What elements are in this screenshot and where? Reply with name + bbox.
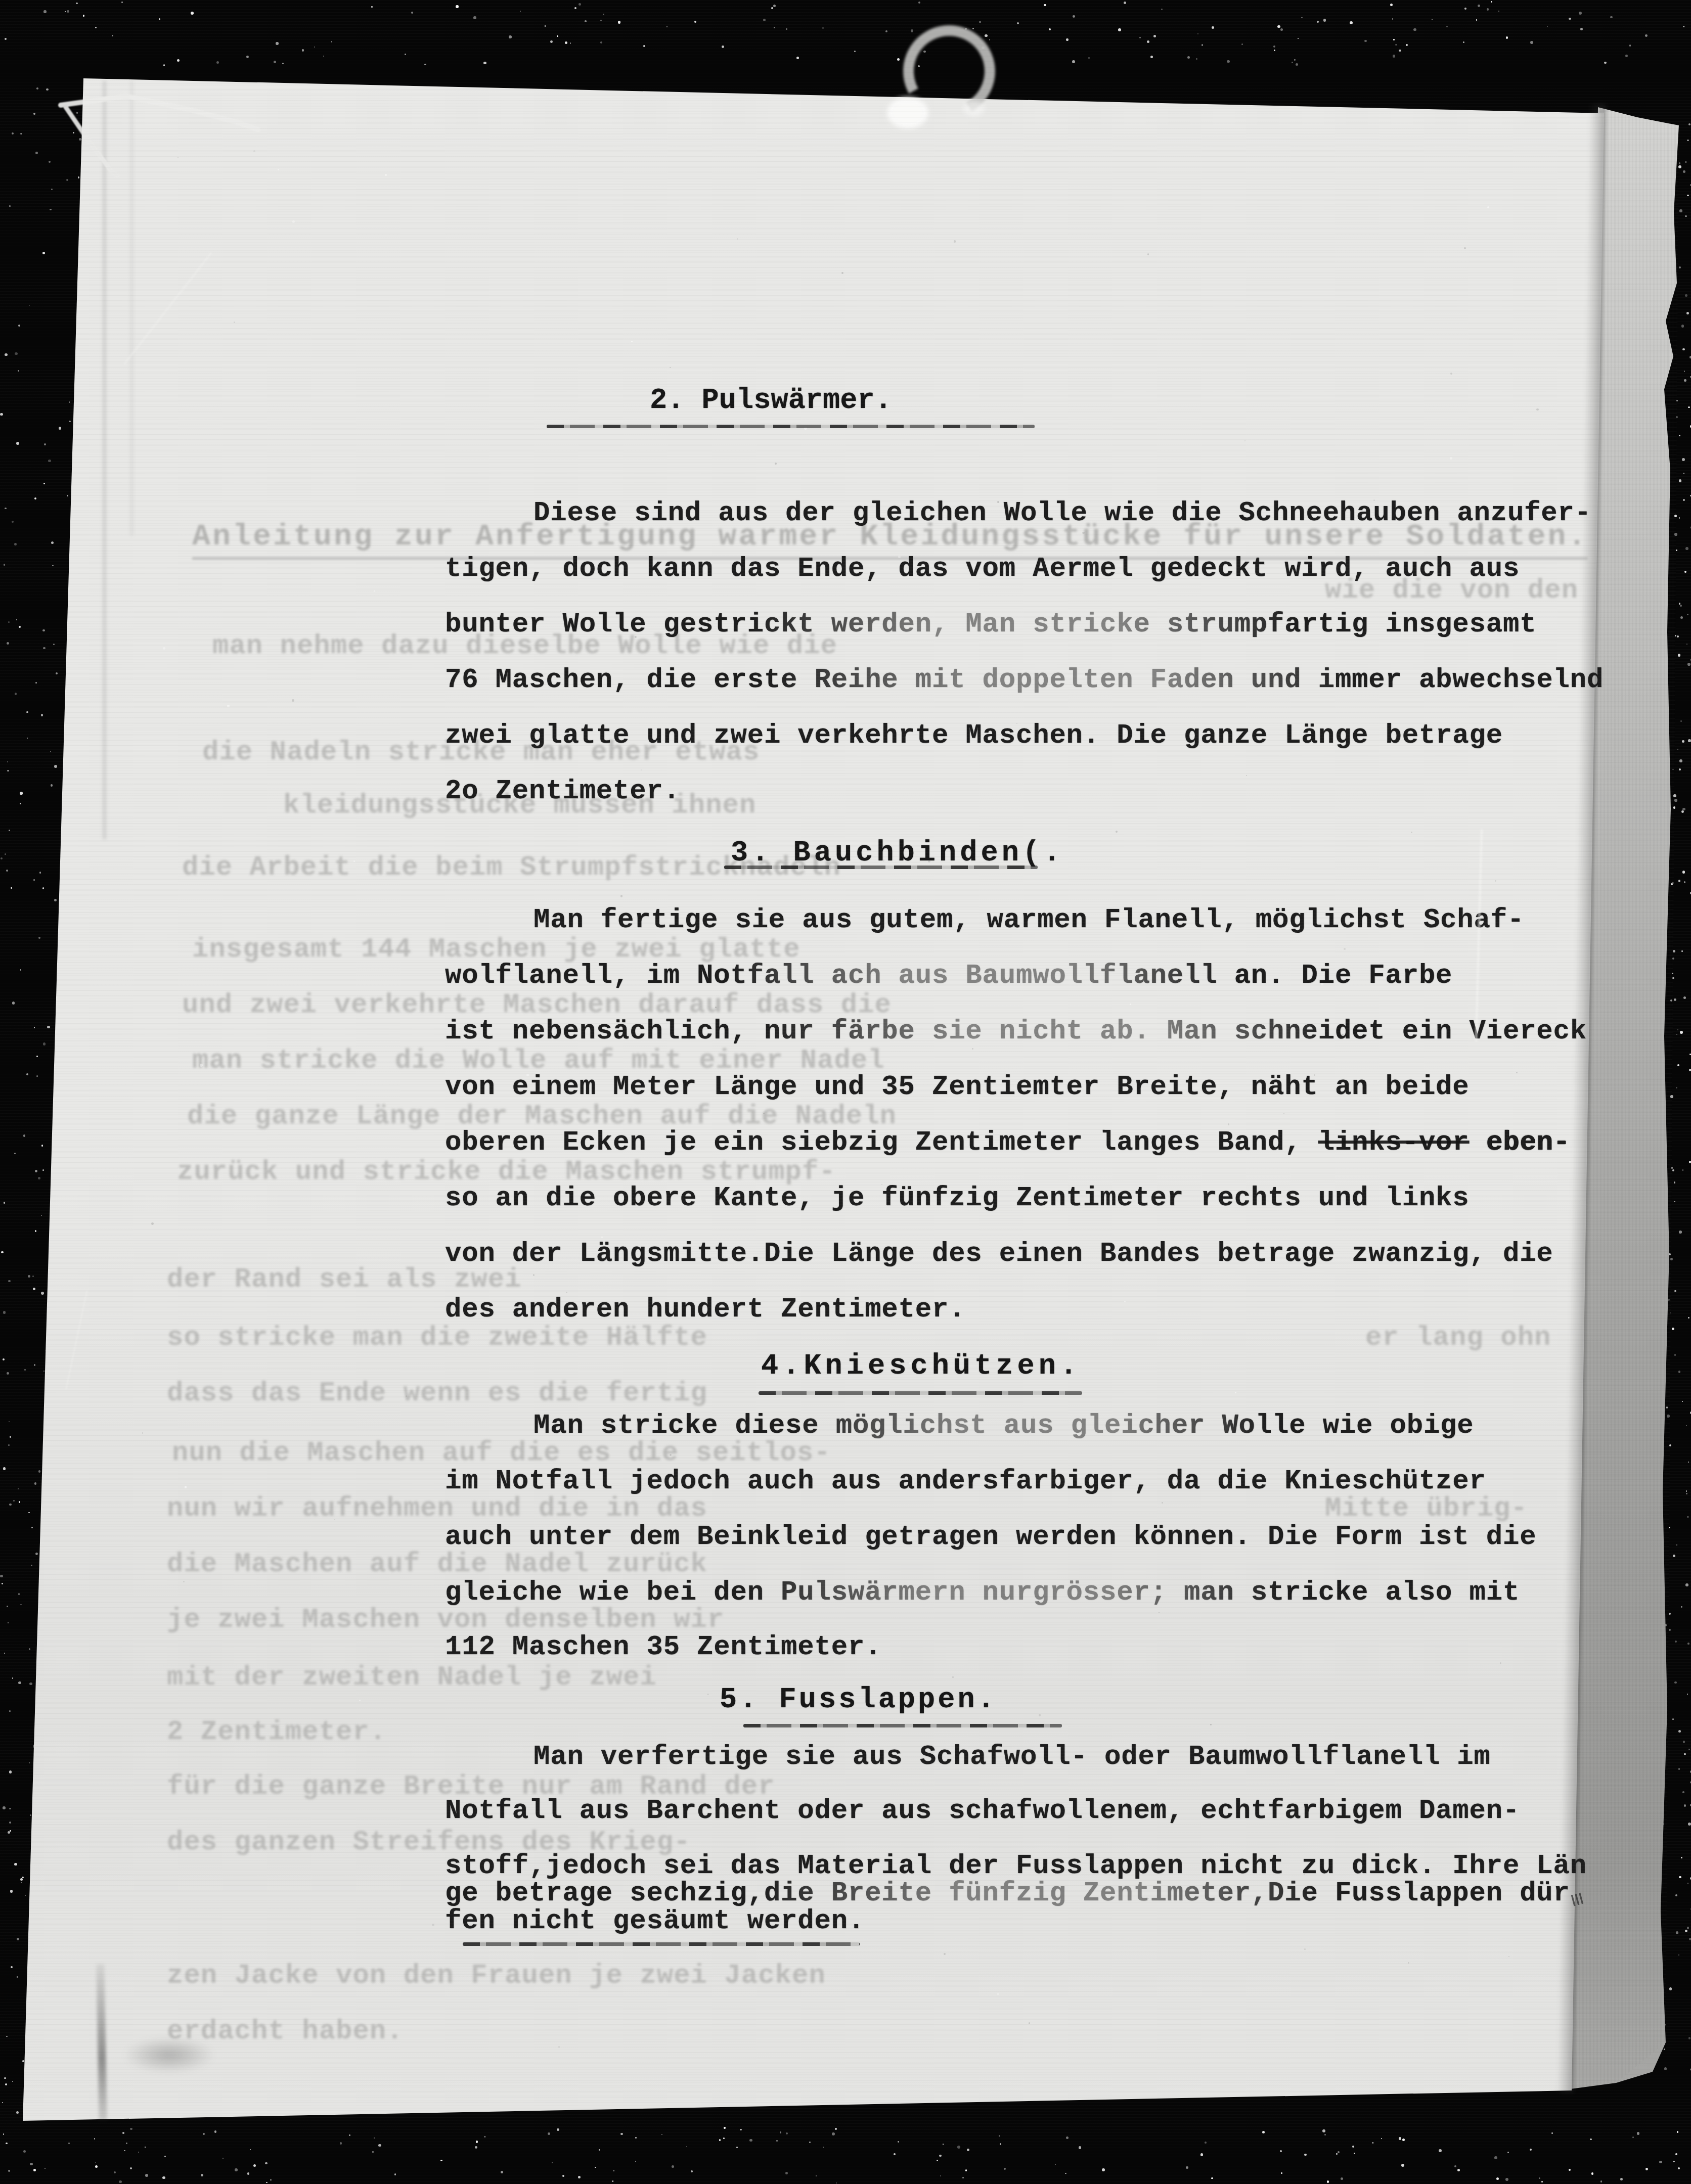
body-line: Man stricke diese möglichst aus gleicher… [533,1412,1474,1441]
body-line: zwei glatte und zwei verkehrte Maschen. … [445,721,1503,751]
body-line: auch unter dem Beinkleid getragen werden… [445,1523,1536,1552]
final-underline [463,1942,860,1946]
body-line-underlined: fen nicht gesäumt werden. [445,1907,865,1936]
heading-underline [724,866,1038,869]
body-line: 2o Zentimeter. [445,777,680,806]
body-line: tigen, doch kann das Ende, das vom Aerme… [445,555,1520,584]
line-segment: oberen Ecken je ein siebzig Zentimeter l… [445,1127,1318,1158]
bent-wire-icon [40,81,273,212]
body-line: ge betrage sechzig,die Breite fünfzig Ze… [445,1879,1570,1908]
heading-underline [743,1724,1062,1727]
body-line: von einem Meter Länge und 35 Zentiemter … [445,1073,1470,1102]
body-line: des anderen hundert Zentimeter. [445,1295,965,1325]
body-line: Notfall aus Barchent oder aus schafwolle… [445,1797,1520,1826]
body-line: ist nebensächlich, nur färbe sie nicht a… [445,1017,1587,1046]
body-line: Diese sind aus der gleichen Wolle wie di… [533,499,1591,528]
body-line-with-strikethrough: oberen Ecken je ein siebzig Zentimeter l… [445,1128,1570,1158]
heading-underline [759,1391,1082,1395]
body-line: 76 Maschen, die erste Reihe mit doppelte… [445,666,1604,695]
section-heading-bauchbinden: 3. Bauchbinden(. [731,839,1064,868]
line-segment: eben- [1470,1127,1570,1158]
body-line: 112 Maschen 35 Zentimeter. [445,1633,881,1662]
body-line: wolflanell, im Notfall ach aus Baumwollf… [445,962,1452,991]
white-blob [887,97,928,128]
struck-text: links-vor [1318,1127,1470,1158]
section-heading-knieschuetzen: 4.Knieschützen. [761,1352,1081,1381]
body-line: Man verfertige sie aus Schafwoll- oder B… [533,1743,1491,1772]
body-line: im Notfall jedoch auch aus andersfarbige… [445,1467,1486,1496]
body-line: bunter Wolle gestrickt werden, Man stric… [445,610,1536,640]
body-line: stoff,jedoch sei das Material der Fussla… [445,1852,1587,1881]
section-heading-fusslappen: 5. Fusslappen. [720,1686,997,1715]
body-line: gleiche wie bei den Pulswärmern nurgröss… [445,1578,1520,1608]
heading-underline [547,425,1035,428]
body-line: von der Längsmitte.Die Länge des einen B… [445,1240,1553,1269]
body-line: so an die obere Kante, je fünfzig Zentim… [445,1184,1470,1213]
white-blob [963,101,985,116]
body-line: Man fertige sie aus gutem, warmen Flanel… [533,906,1524,935]
scanned-document-stage: Anleitung zur Anfertigung warmer Kleidun… [0,0,1691,2184]
section-heading-pulswaermer: 2. Pulswärmer. [650,387,892,416]
